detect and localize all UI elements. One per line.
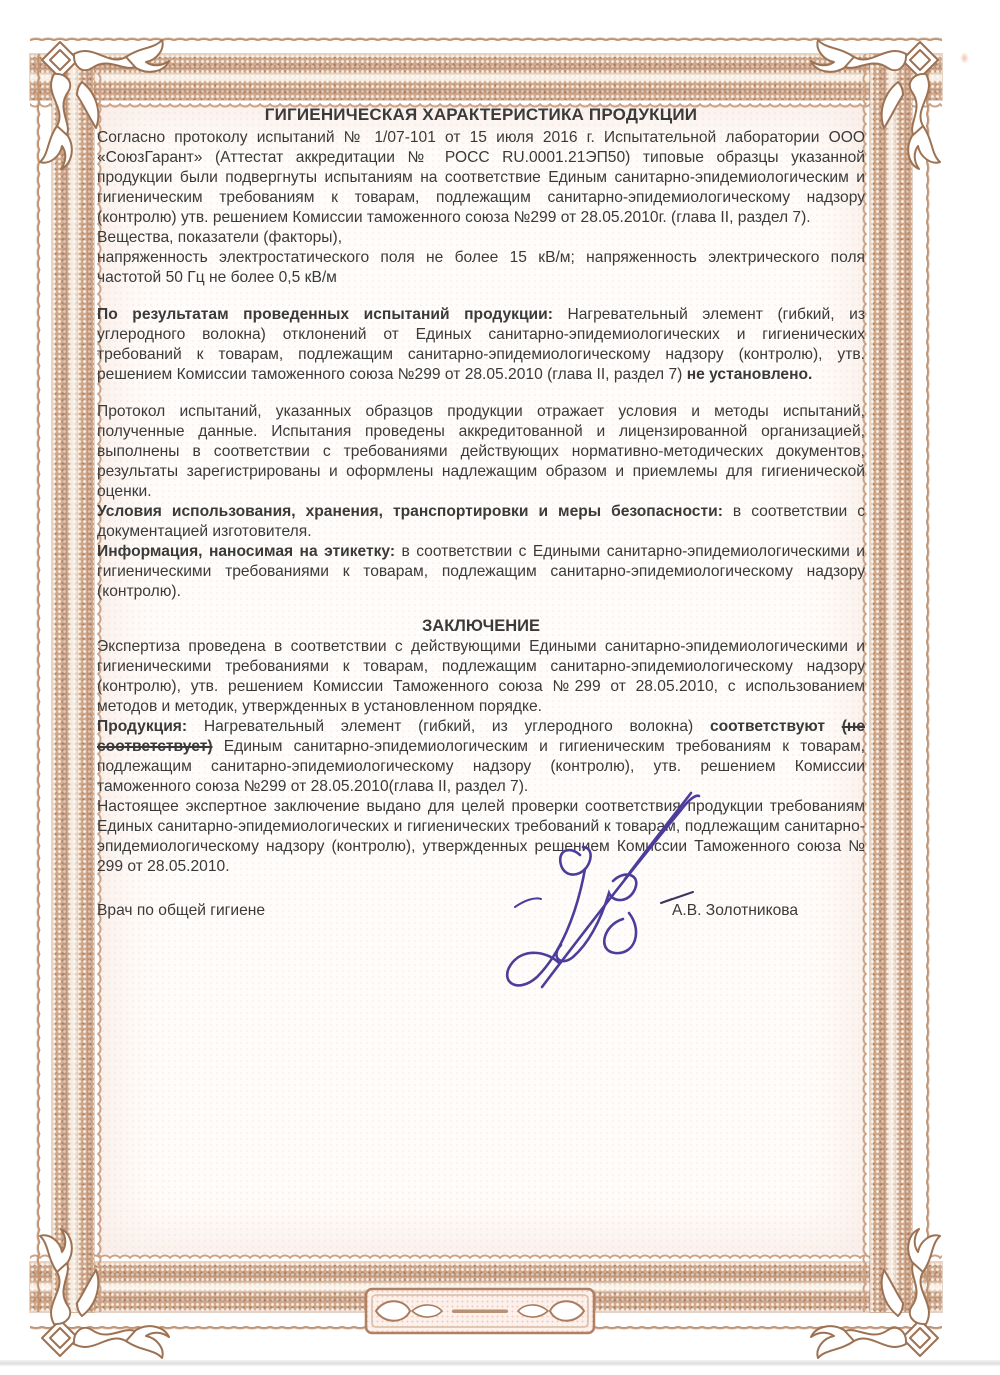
decorative-border-left (52, 54, 94, 1312)
paragraph-expertise: Экспертиза проведена в соответствии с де… (97, 637, 865, 717)
paragraph-substances-label: Вещества, показатели (факторы), (97, 228, 865, 248)
signer-role-label: Врач по общей гигиене (97, 901, 265, 921)
document-title: ГИГИЕНИЧЕСКАЯ ХАРАКТЕРИСТИКА ПРОДУКЦИИ (97, 104, 865, 126)
bottom-cartouche (360, 1284, 600, 1340)
paragraph-conclusion-heading: ЗАКЛЮЧЕНИЕ (97, 615, 865, 637)
scan-shadow-line (0, 1360, 1000, 1366)
corner-flourish-top-right (794, 36, 944, 186)
paragraph-intro: Согласно протоколу испытаний № 1/07-101 … (97, 128, 865, 228)
corner-flourish-top-left (36, 36, 186, 186)
document-content: ГИГИЕНИЧЕСКАЯ ХАРАКТЕРИСТИКА ПРОДУКЦИИ С… (97, 104, 865, 1023)
paragraph-label-info: Информация, наносимая на этикетку: в соо… (97, 542, 865, 602)
paragraph-test-results: По результатам проведенных испытаний про… (97, 305, 865, 385)
paragraph-product-verdict: Продукция: Нагревательный элемент (гибки… (97, 717, 865, 797)
page: ГИГИЕНИЧЕСКАЯ ХАРАКТЕРИСТИКА ПРОДУКЦИИ С… (0, 0, 1000, 1375)
paragraph-protocol: Протокол испытаний, указанных образцов п… (97, 402, 865, 502)
scan-artifact (960, 52, 969, 64)
paragraph-substances-values: напряженность электростатического поля н… (97, 248, 865, 288)
document-body: Согласно протоколу испытаний № 1/07-101 … (97, 128, 865, 877)
decorative-border-right (870, 54, 912, 1312)
paragraph-usage-conditions: Условия использования, хранения, транспо… (97, 502, 865, 542)
corner-flourish-bottom-left (36, 1212, 186, 1362)
corner-flourish-bottom-right (794, 1212, 944, 1362)
paragraph-purpose: Настоящее экспертное заключение выдано д… (97, 797, 865, 877)
signature-ink (485, 785, 705, 1005)
signature-row: Врач по общей гигиене А.В. Золотникова (97, 893, 865, 1023)
